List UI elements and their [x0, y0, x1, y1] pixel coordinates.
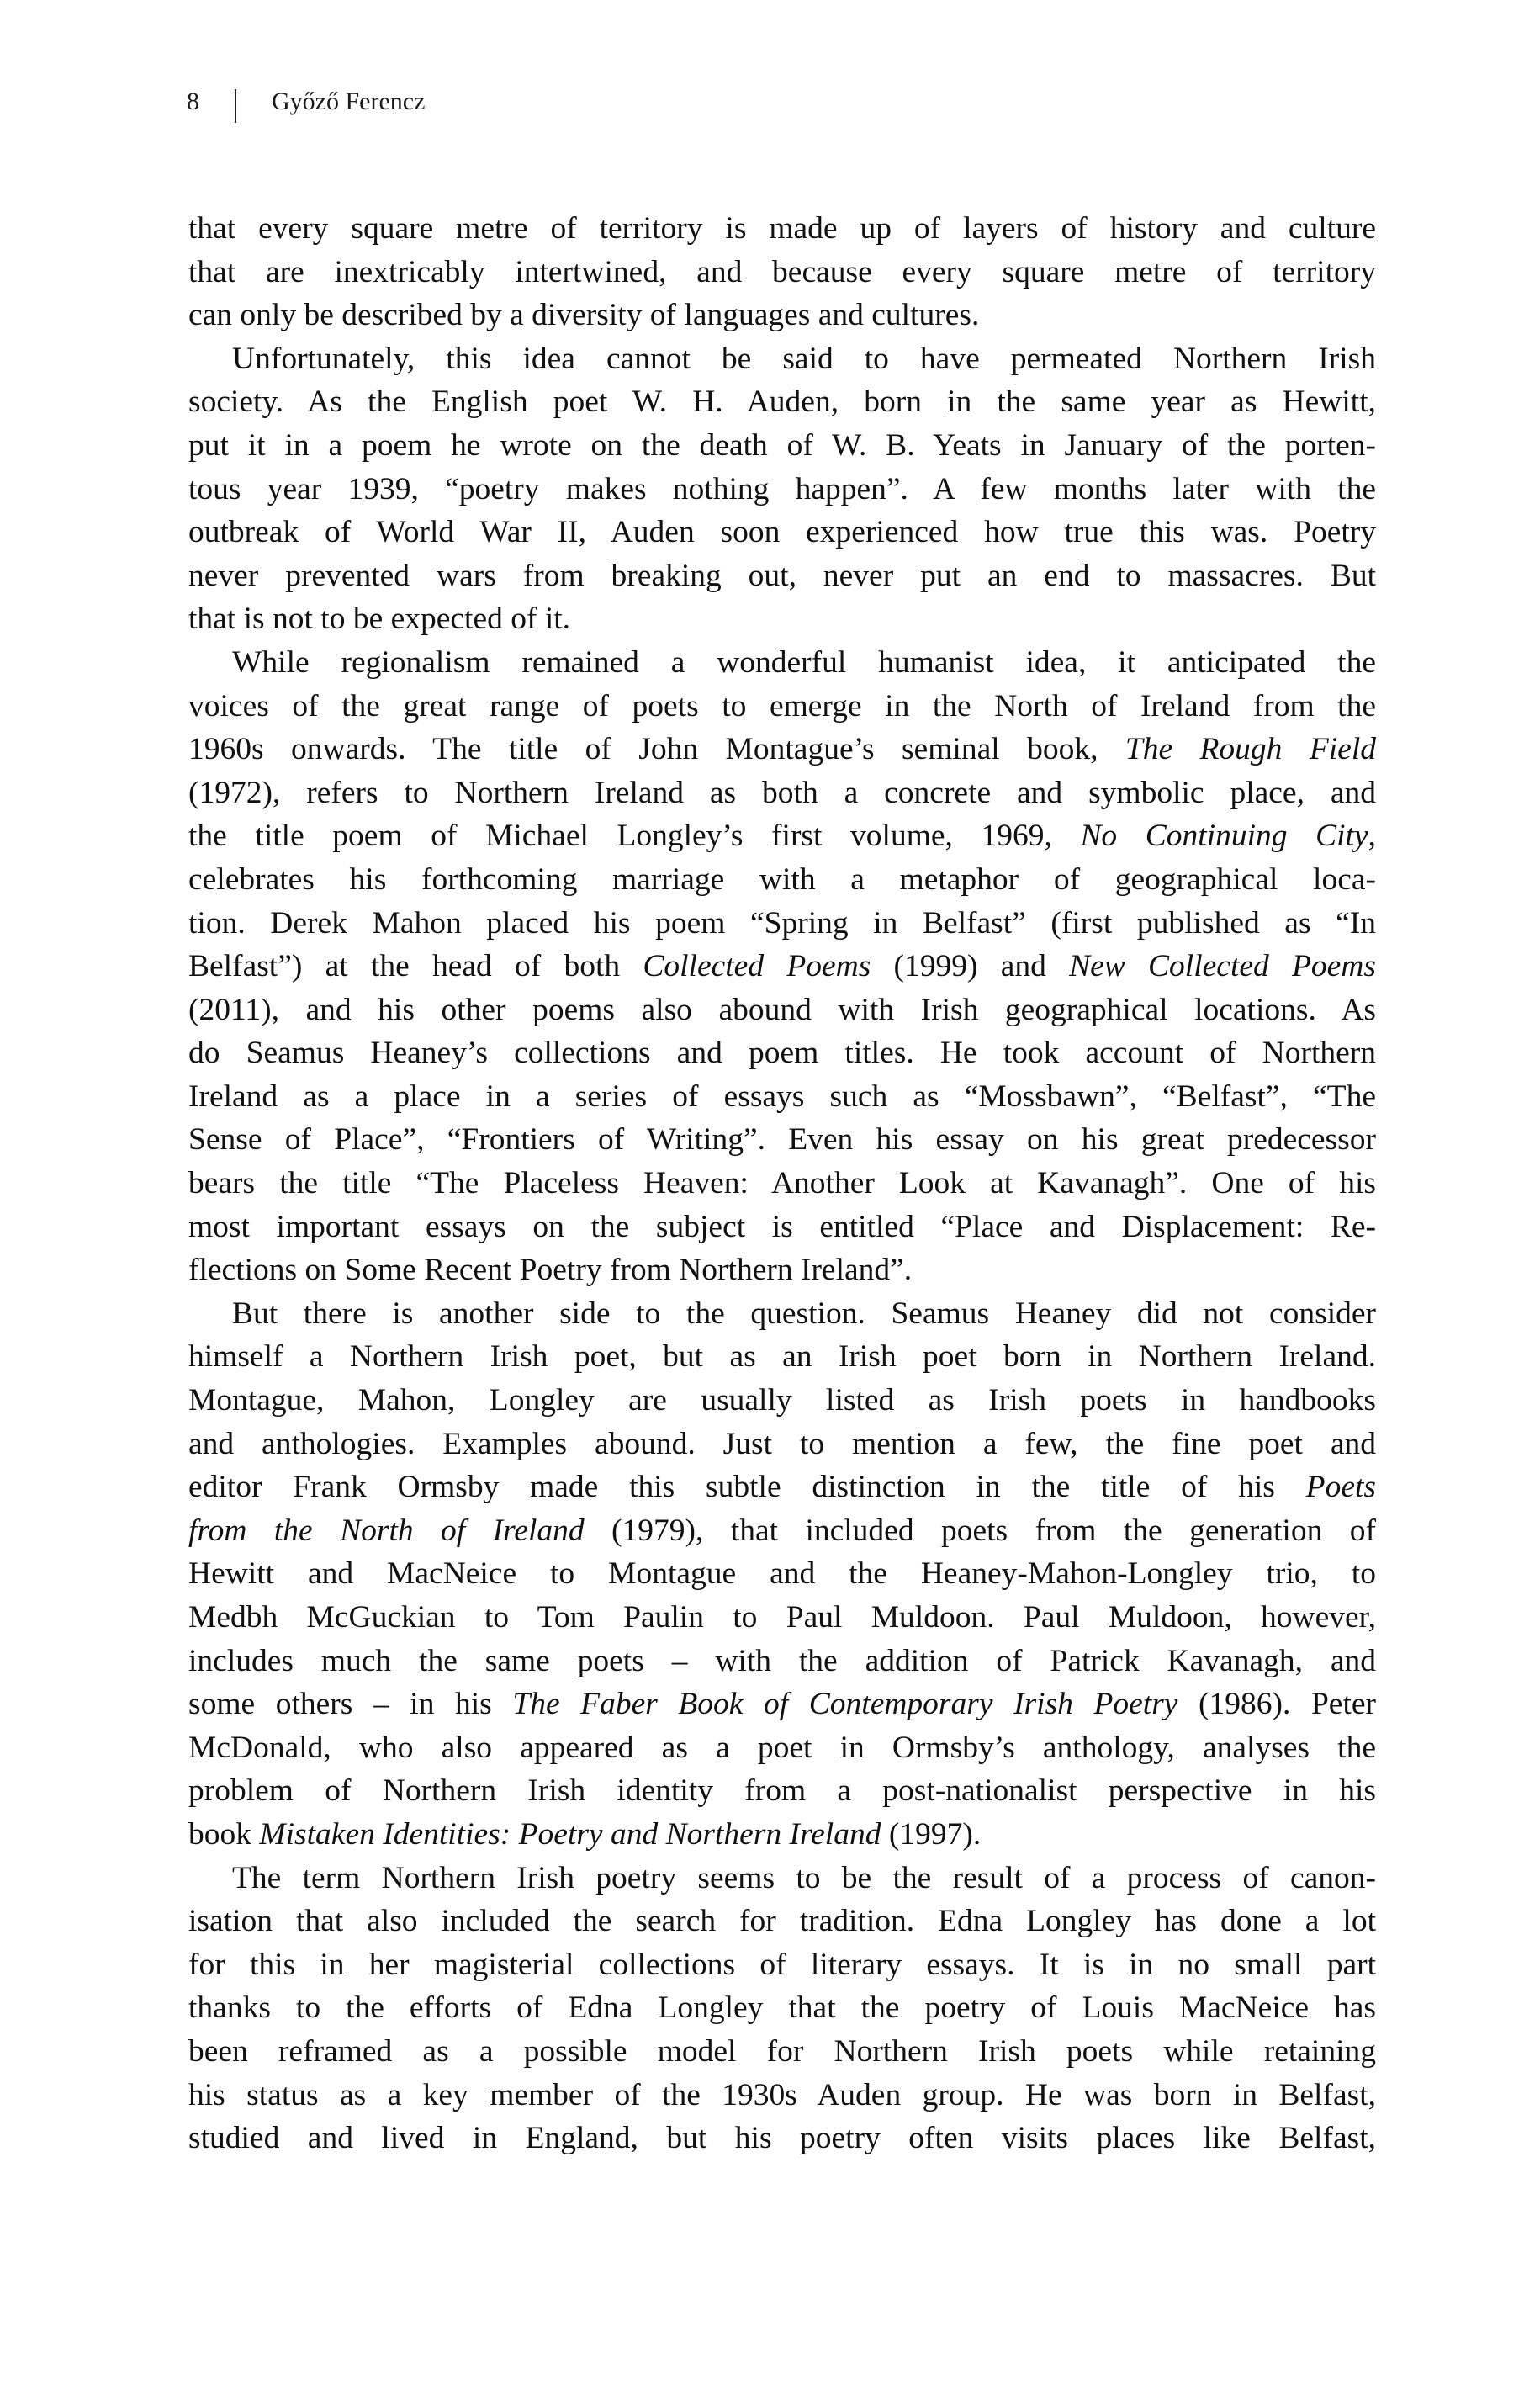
italic-title: from the North of Ireland — [188, 1513, 585, 1548]
text-run: society. As the English poet W. H. Auden… — [188, 384, 1376, 419]
text-run: (1972), refers to Northern Ireland as bo… — [188, 776, 1376, 810]
text-line: most important essays on the subject is … — [188, 1206, 1376, 1249]
text-line: been reframed as a possible model for No… — [188, 2030, 1376, 2074]
text-line: The term Northern Irish poetry seems to … — [188, 1857, 1376, 1900]
text-line: some others – in his The Faber Book of C… — [188, 1683, 1376, 1726]
text-line: (2011), and his other poems also abound … — [188, 988, 1376, 1032]
text-run: most important essays on the subject is … — [188, 1210, 1376, 1244]
text-line: Ireland as a place in a series of essays… — [188, 1075, 1376, 1119]
text-line: Sense of Place”, “Frontiers of Writing”.… — [188, 1118, 1376, 1162]
text-run: While regionalism remained a wonderful h… — [232, 645, 1376, 680]
text-line: flections on Some Recent Poetry from Nor… — [188, 1248, 1376, 1292]
text-run: includes much the same poets – with the … — [188, 1644, 1376, 1678]
text-run: McDonald, who also appeared as a poet in… — [188, 1730, 1376, 1765]
text-run: book — [188, 1817, 259, 1852]
italic-title: Poets — [1306, 1470, 1376, 1504]
text-run: (1999) and — [871, 949, 1069, 983]
text-run: Medbh McGuckian to Tom Paulin to Paul Mu… — [188, 1600, 1376, 1635]
text-run: that is not to be expected of it. — [188, 602, 570, 636]
text-run: voices of the great range of poets to em… — [188, 689, 1376, 723]
text-run: isation that also included the search fo… — [188, 1904, 1376, 1938]
text-line: While regionalism remained a wonderful h… — [188, 641, 1376, 685]
text-line: tous year 1939, “poetry makes nothing ha… — [188, 468, 1376, 511]
text-run: the title poem of Michael Longley’s firs… — [188, 819, 1080, 853]
text-line: But there is another side to the questio… — [188, 1292, 1376, 1336]
text-line: Belfast”) at the head of both Collected … — [188, 945, 1376, 988]
text-line: McDonald, who also appeared as a poet in… — [188, 1726, 1376, 1770]
text-line: problem of Northern Irish identity from … — [188, 1769, 1376, 1813]
text-run: that every square metre of territory is … — [188, 211, 1376, 246]
text-run: studied and lived in England, but his po… — [188, 2121, 1376, 2155]
text-run: (1979), that included poets from the gen… — [585, 1513, 1376, 1548]
text-run: flections on Some Recent Poetry from Nor… — [188, 1253, 912, 1287]
text-line: never prevented wars from breaking out, … — [188, 554, 1376, 598]
body-text: that every square metre of territory is … — [188, 207, 1376, 2160]
text-run: tous year 1939, “poetry makes nothing ha… — [188, 472, 1376, 506]
text-run: But there is another side to the questio… — [232, 1296, 1376, 1331]
text-run: Unfortunately, this idea cannot be said … — [232, 342, 1376, 376]
text-line: Montague, Mahon, Longley are usually lis… — [188, 1379, 1376, 1423]
text-run: do Seamus Heaney’s collections and poem … — [188, 1036, 1376, 1070]
text-run: Sense of Place”, “Frontiers of Writing”.… — [188, 1122, 1376, 1157]
text-run: Belfast”) at the head of both — [188, 949, 643, 983]
text-line: isation that also included the search fo… — [188, 1900, 1376, 1943]
text-run: outbreak of World War II, Auden soon exp… — [188, 515, 1376, 549]
page-number: 8 — [187, 87, 199, 116]
text-run: Hewitt and MacNeice to Montague and the … — [188, 1556, 1376, 1591]
text-run: and anthologies. Examples abound. Just t… — [188, 1427, 1376, 1461]
text-run: his status as a key member of the 1930s … — [188, 2078, 1376, 2112]
text-line: that is not to be expected of it. — [188, 597, 1376, 641]
running-head-author: Győző Ferencz — [272, 87, 425, 116]
text-line: Medbh McGuckian to Tom Paulin to Paul Mu… — [188, 1596, 1376, 1640]
text-run: (2011), and his other poems also abound … — [188, 993, 1376, 1027]
text-line: from the North of Ireland (1979), that i… — [188, 1509, 1376, 1553]
text-run: editor Frank Ormsby made this subtle dis… — [188, 1470, 1306, 1504]
text-line: Unfortunately, this idea cannot be said … — [188, 337, 1376, 381]
text-line: that every square metre of territory is … — [188, 207, 1376, 251]
text-run: , — [1368, 819, 1376, 853]
text-line: the title poem of Michael Longley’s firs… — [188, 814, 1376, 858]
text-line: that are inextricably intertwined, and b… — [188, 251, 1376, 294]
text-line: includes much the same poets – with the … — [188, 1640, 1376, 1683]
italic-title: Collected Poems — [643, 949, 871, 983]
text-line: can only be described by a diversity of … — [188, 294, 1376, 337]
text-line: bears the title “The Placeless Heaven: A… — [188, 1162, 1376, 1206]
text-line: and anthologies. Examples abound. Just t… — [188, 1423, 1376, 1466]
italic-title: No Continuing City — [1080, 819, 1368, 853]
text-run: that are inextricably intertwined, and b… — [188, 255, 1376, 289]
text-line: do Seamus Heaney’s collections and poem … — [188, 1031, 1376, 1075]
text-run: for this in her magisterial collections … — [188, 1948, 1376, 1982]
text-line: society. As the English poet W. H. Auden… — [188, 380, 1376, 424]
text-run: problem of Northern Irish identity from … — [188, 1773, 1376, 1808]
text-run: put it in a poem he wrote on the death o… — [188, 428, 1376, 463]
text-run: (1986). Peter — [1177, 1687, 1376, 1721]
text-line: thanks to the efforts of Edna Longley th… — [188, 1986, 1376, 2030]
italic-title: The Faber Book of Contemporary Irish Poe… — [512, 1687, 1177, 1721]
text-run: celebrates his forthcoming marriage with… — [188, 862, 1376, 897]
text-run: can only be described by a diversity of … — [188, 298, 979, 332]
text-line: outbreak of World War II, Auden soon exp… — [188, 511, 1376, 554]
text-line: his status as a key member of the 1930s … — [188, 2074, 1376, 2117]
text-run: bears the title “The Placeless Heaven: A… — [188, 1166, 1376, 1200]
text-line: book Mistaken Identities: Poetry and Nor… — [188, 1813, 1376, 1857]
text-run: thanks to the efforts of Edna Longley th… — [188, 1990, 1376, 2025]
text-line: (1972), refers to Northern Ireland as bo… — [188, 771, 1376, 815]
text-run: never prevented wars from breaking out, … — [188, 559, 1376, 593]
italic-title: Mistaken Identities: Poetry and Northern… — [259, 1817, 881, 1852]
text-line: voices of the great range of poets to em… — [188, 685, 1376, 729]
text-line: himself a Northern Irish poet, but as an… — [188, 1335, 1376, 1379]
text-line: studied and lived in England, but his po… — [188, 2117, 1376, 2160]
text-run: himself a Northern Irish poet, but as an… — [188, 1339, 1376, 1374]
text-line: tion. Derek Mahon placed his poem “Sprin… — [188, 902, 1376, 946]
text-line: put it in a poem he wrote on the death o… — [188, 424, 1376, 468]
text-run: some others – in his — [188, 1687, 512, 1721]
italic-title: New Collected Poems — [1069, 949, 1376, 983]
text-line: for this in her magisterial collections … — [188, 1943, 1376, 1987]
header-separator — [235, 89, 236, 123]
text-run: tion. Derek Mahon placed his poem “Sprin… — [188, 906, 1376, 941]
text-line: 1960s onwards. The title of John Montagu… — [188, 728, 1376, 771]
text-line: Hewitt and MacNeice to Montague and the … — [188, 1552, 1376, 1596]
text-run: (1997). — [881, 1817, 981, 1852]
text-run: 1960s onwards. The title of John Montagu… — [188, 732, 1125, 766]
text-run: Montague, Mahon, Longley are usually lis… — [188, 1383, 1376, 1418]
text-run: Ireland as a place in a series of essays… — [188, 1079, 1376, 1114]
italic-title: The Rough Field — [1125, 732, 1376, 766]
text-run: been reframed as a possible model for No… — [188, 2034, 1376, 2069]
text-run: The term Northern Irish poetry seems to … — [232, 1861, 1376, 1895]
text-line: celebrates his forthcoming marriage with… — [188, 858, 1376, 902]
text-line: editor Frank Ormsby made this subtle dis… — [188, 1465, 1376, 1509]
